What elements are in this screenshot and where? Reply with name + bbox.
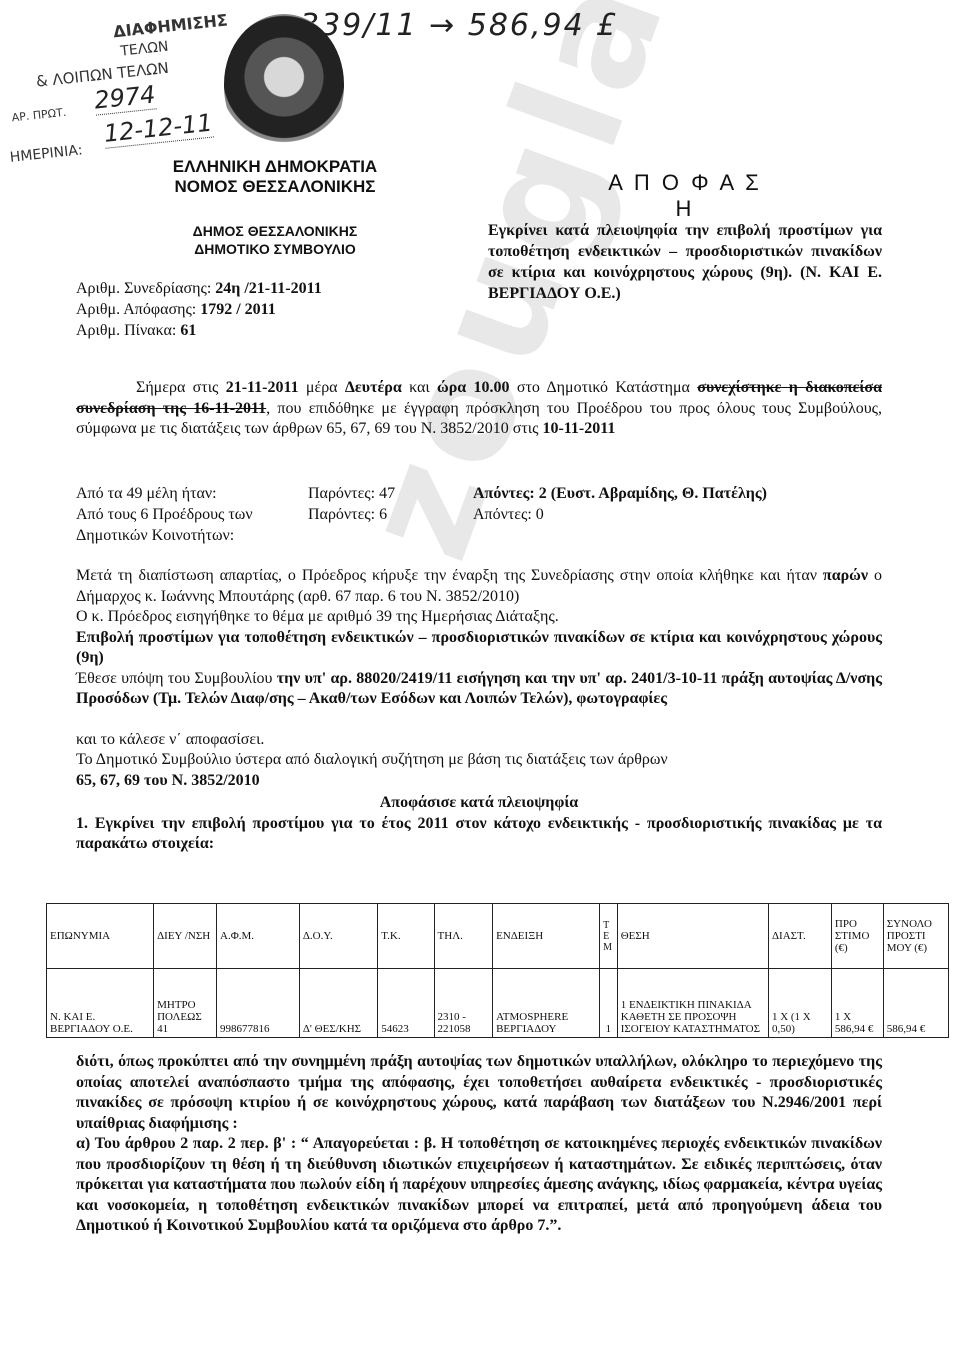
council-name: ΔΗΜΟΤΙΚΟ ΣΥΜΒΟΥΛΙΟ (150, 240, 400, 258)
called-to-decide: και το κάλεσε ν΄ αποφασίσει. (76, 730, 882, 751)
protocol-stamp: ΔΙΑΦΗΜΙΣΗΣ ΤΕΛΩΝ & ΛΟΙΠΩΝ ΤΕΛΩΝ ΑΡ. ΠΡΩΤ… (0, 8, 247, 182)
legal-basis: 65, 67, 69 του Ν. 3852/2010 (76, 771, 882, 792)
decision-heading: Αποφάσισε κατά πλειοψηφία (76, 793, 882, 814)
table-row: Ν. ΚΑΙ Ε. ΒΕΡΓΙΑΔΟΥ Ο.Ε. ΜΗΤΡΟ ΠΟΛΕΩΣ 41… (47, 969, 949, 1038)
quorum-paragraph: Μετά τη διαπίστωση απαρτίας, ο Πρόεδρος … (76, 566, 882, 607)
cell-phone: 2310 - 221058 (434, 969, 493, 1038)
country-name: ΕΛΛΗΝΙΚΗ ΔΗΜΟΚΡΑΤΙΑ (150, 157, 400, 177)
submission-paragraph: Έθεσε υπόψη του Συμβουλίου την υπ' αρ. 8… (76, 669, 882, 710)
session-day: Δευτέρα (345, 379, 402, 396)
col-header: ΣΥΝΟΛΟ ΠΡΟΣΤΙ ΜΟΥ (€) (883, 904, 948, 969)
presidents-label-cont: Δημοτικών Κοινοτήτων: (76, 525, 234, 546)
session-date: 21-11-2011 (226, 379, 299, 396)
cell-sign-text: ATMOSPHERE ΒΕΡΓΙΑΔΟΥ (493, 969, 600, 1038)
law-quote-paragraph: α) Του άρθρου 2 παρ. 2 περ. β' : “ Απαγο… (76, 1134, 882, 1237)
handwritten-note: 339/11 → 586,94 £ (300, 8, 617, 43)
decision-item-1: 1. Εγκρίνει την επιβολή προστίμου για το… (76, 814, 882, 855)
stamp-date-label: ΗΜΕΡΙΝΙΑ: (9, 142, 83, 166)
presidents-label: Από τους 6 Προέδρους των (76, 504, 253, 525)
intro-paragraph: Σήμερα στις 21-11-2011 μέρα Δευτέρα και … (76, 378, 882, 440)
col-header: ΔΙΕΥ /ΝΣΗ (154, 904, 217, 969)
prefecture-name: ΝΟΜΟΣ ΘΕΣΣΑΛΟΝΙΚΗΣ (150, 177, 400, 197)
cell-afm: 998677816 (217, 969, 300, 1038)
mayor-present: παρών (823, 567, 868, 584)
intro-text: στο Δημοτικό Κατάστημα (510, 379, 698, 396)
presidents-present: Παρόντες: 6 (308, 504, 387, 525)
intro-text: και (402, 379, 437, 396)
table-value: 61 (180, 322, 196, 339)
col-header: ΠΡΟ ΣΤΙΜΟ (€) (831, 904, 883, 969)
reason-block: διότι, όπως προκύπτει από την συνημμένη … (76, 1052, 882, 1237)
invitation-date: 10-11-2011 (542, 420, 615, 437)
col-header: ΘΕΣΗ (617, 904, 768, 969)
cell-address: ΜΗΤΡΟ ΠΟΛΕΩΣ 41 (154, 969, 217, 1038)
members-absent: Απόντες: 2 (Ευστ. Αβραμίδης, Θ. Πατέλης) (473, 483, 767, 504)
cell-position: 1 ΕΝΔΕΙΚΤΙΚΗ ΠΙΝΑΚΙΔΑ ΚΑΘΕΤΗ ΣΕ ΠΡΟΣΟΨΗ … (617, 969, 768, 1038)
cell-company: Ν. ΚΑΙ Ε. ΒΕΡΓΙΑΔΟΥ Ο.Ε. (47, 969, 154, 1038)
fine-table: ΕΠΩΝΥΜΙΑ ΔΙΕΥ /ΝΣΗ Α.Φ.Μ. Δ.Ο.Υ. Τ.Κ. ΤΗ… (46, 903, 949, 1038)
document-meta: Αριθμ. Συνεδρίασης: 24η /21-11-2011 Αριθ… (76, 278, 322, 341)
decision-label: Αριθμ. Απόφασης: (76, 301, 196, 318)
cell-dimensions: 1 Χ (1 Χ 0,50) (768, 969, 831, 1038)
body-paragraphs: Μετά τη διαπίστωση απαρτίας, ο Πρόεδρος … (76, 566, 882, 855)
quorum-text: Μετά τη διαπίστωση απαρτίας, ο Πρόεδρος … (76, 567, 823, 584)
decision-subject: Εγκρίνει κατά πλειοψηφία την επιβολή προ… (488, 220, 882, 304)
document-type: Α Π Ο Φ Α Σ Η (600, 170, 770, 222)
col-header: Α.Φ.Μ. (217, 904, 300, 969)
issuer-header: ΕΛΛΗΝΙΚΗ ΔΗΜΟΚΡΑΤΙΑ ΝΟΜΟΣ ΘΕΣΣΑΛΟΝΙΚΗΣ (150, 157, 400, 197)
col-header: ΤΗΛ. (434, 904, 493, 969)
members-label: Από τα 49 μέλη ήταν: (76, 483, 217, 504)
municipality-name: ΔΗΜΟΣ ΘΕΣΣΑΛΟΝΙΚΗΣ (150, 222, 400, 240)
col-header: Τ Ε Μ (600, 904, 618, 969)
table-label: Αριθμ. Πίνακα: (76, 322, 176, 339)
session-time: ώρα 10.00 (437, 379, 510, 396)
cell-quantity: 1 (600, 969, 618, 1038)
cell-doy: Δ' ΘΕΣ/ΚΗΣ (299, 969, 377, 1038)
table-header-row: ΕΠΩΝΥΜΙΑ ΔΙΕΥ /ΝΣΗ Α.Φ.Μ. Δ.Ο.Υ. Τ.Κ. ΤΗ… (47, 904, 949, 969)
cell-fine: 1 Χ 586,94 € (831, 969, 883, 1038)
col-header: ΕΠΩΝΥΜΙΑ (47, 904, 154, 969)
council-deliberation: Το Δημοτικό Συμβούλιο ύστερα από διαλογι… (76, 750, 882, 771)
submission-text: Έθεσε υπόψη του Συμβουλίου (76, 670, 277, 687)
stamp-date-value: 12-12-11 (103, 109, 214, 149)
cell-postcode: 54623 (378, 969, 434, 1038)
presidents-absent: Απόντες: 0 (473, 504, 544, 525)
session-label: Αριθμ. Συνεδρίασης: (76, 280, 211, 297)
col-header: ΔΙΑΣΤ. (768, 904, 831, 969)
stamp-protocol-label: ΑΡ. ΠΡΩΤ. (11, 106, 67, 125)
council-header: ΔΗΜΟΣ ΘΕΣΣΑΛΟΝΙΚΗΣ ΔΗΜΟΤΙΚΟ ΣΥΜΒΟΥΛΙΟ (150, 222, 400, 258)
stamp-protocol-number: 2974 (93, 80, 157, 115)
col-header: Τ.Κ. (378, 904, 434, 969)
hellenic-emblem-icon (224, 14, 344, 154)
stamp-line-2: ΤΕΛΩΝ (120, 39, 170, 60)
col-header: Δ.Ο.Υ. (299, 904, 377, 969)
intro-text: μέρα (299, 379, 345, 396)
agenda-item: Ο κ. Πρόεδρος εισηγήθηκε το θέμα με αριθ… (76, 607, 882, 628)
stamp-line-1: ΔΙΑΦΗΜΙΣΗΣ (112, 10, 228, 41)
intro-text: Σήμερα στις (136, 379, 226, 396)
reason-paragraph: διότι, όπως προκύπτει από την συνημμένη … (76, 1052, 882, 1134)
topic: Επιβολή προστίμων για τοποθέτηση ενδεικτ… (76, 628, 882, 669)
decision-value: 1792 / 2011 (200, 301, 276, 318)
session-value: 24η /21-11-2011 (215, 280, 321, 297)
cell-total: 586,94 € (883, 969, 948, 1038)
members-present: Παρόντες: 47 (308, 483, 395, 504)
col-header: ΕΝΔΕΙΞΗ (493, 904, 600, 969)
